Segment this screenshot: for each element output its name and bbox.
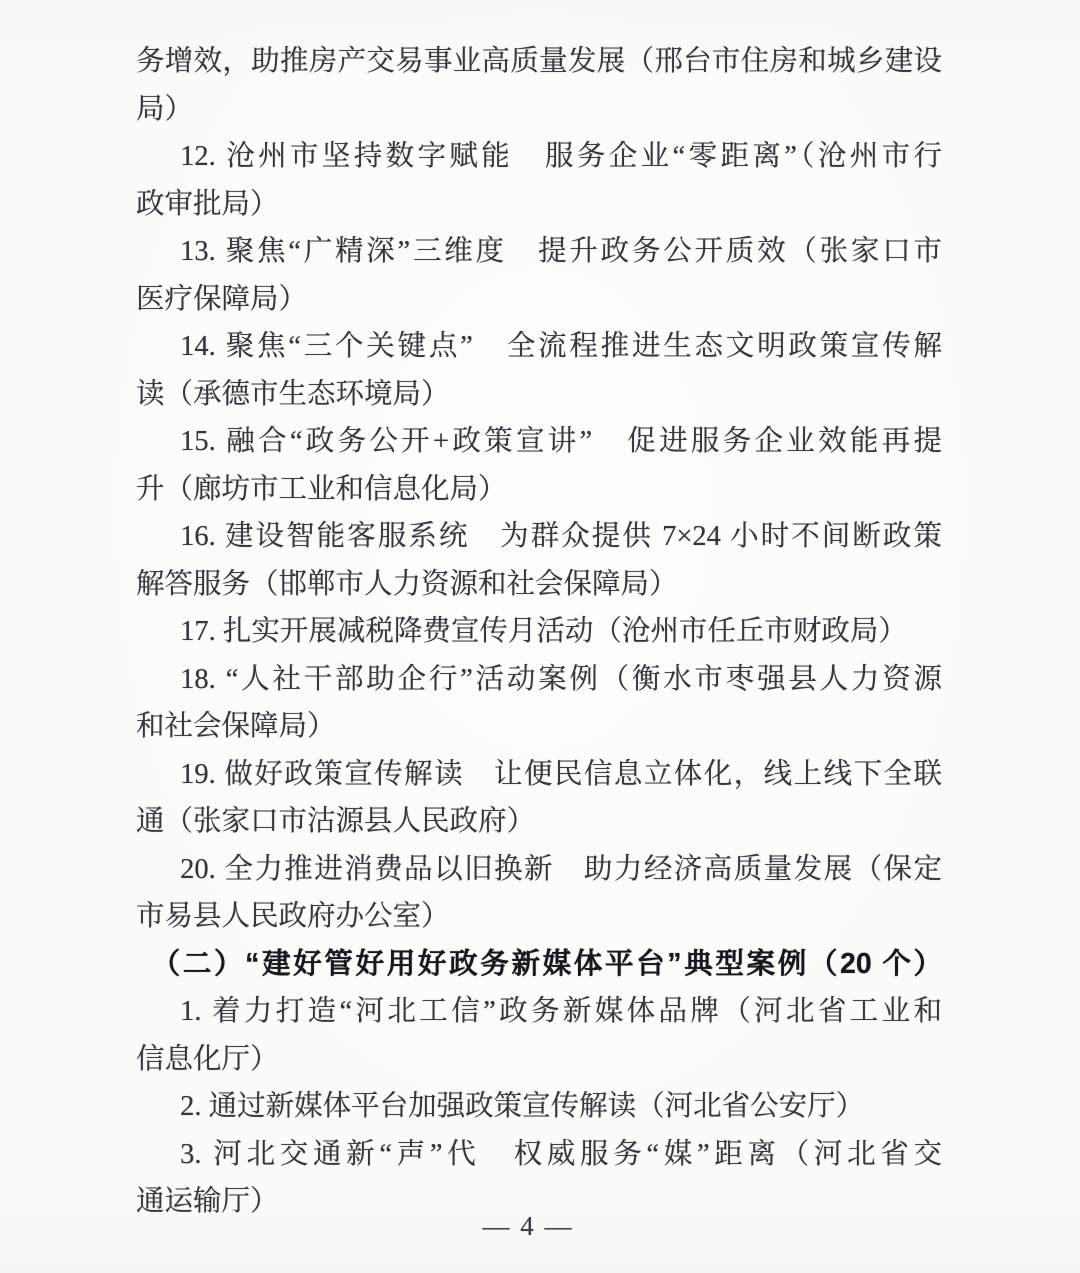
- text-line: 3. 河北交通新“声”代 权威服务“媒”距离（河北省交: [136, 1131, 942, 1179]
- text-line: 升（廊坊市工业和信息化局）: [136, 466, 942, 514]
- text-line: 18. “人社干部助企行”活动案例（衡水市枣强县人力资源: [136, 656, 942, 704]
- list-item-13: 13. 聚焦“广精深”三维度 提升政务公开质效（张家口市 医疗保障局）: [136, 228, 942, 323]
- text-line: 务增效，助推房产交易事业高质量发展（邢台市住房和城乡建设: [136, 38, 942, 86]
- list-item-20: 20. 全力推进消费品以旧换新 助力经济高质量发展（保定 市易县人民政府办公室）: [136, 846, 942, 941]
- list-item-18: 18. “人社干部助企行”活动案例（衡水市枣强县人力资源 和社会保障局）: [136, 656, 942, 751]
- text-line: 16. 建设智能客服系统 为群众提供 7×24 小时不间断政策: [136, 513, 942, 561]
- text-line: 通（张家口市沽源县人民政府）: [136, 798, 942, 846]
- text-line: 局）: [136, 86, 942, 134]
- text-line: 12. 沧州市坚持数字赋能 服务企业“零距离”（沧州市行: [136, 133, 942, 181]
- text-line: 医疗保障局）: [136, 276, 942, 324]
- list-item-s2-1: 1. 着力打造“河北工信”政务新媒体品牌（河北省工业和 信息化厅）: [136, 988, 942, 1083]
- text-line: 和社会保障局）: [136, 703, 942, 751]
- text-line: 20. 全力推进消费品以旧换新 助力经济高质量发展（保定: [136, 846, 942, 894]
- document-page: 务增效，助推房产交易事业高质量发展（邢台市住房和城乡建设 局） 12. 沧州市坚…: [0, 0, 1080, 1273]
- text-line: 14. 聚焦“三个关键点” 全流程推进生态文明政策宣传解: [136, 323, 942, 371]
- paragraph-continuation: 务增效，助推房产交易事业高质量发展（邢台市住房和城乡建设 局）: [136, 38, 942, 133]
- text-line: 13. 聚焦“广精深”三维度 提升政务公开质效（张家口市: [136, 228, 942, 276]
- text-line: （二）“建好管好用好政务新媒体平台”典型案例（20 个）: [136, 941, 942, 989]
- text-line: 市易县人民政府办公室）: [136, 893, 942, 941]
- list-item-12: 12. 沧州市坚持数字赋能 服务企业“零距离”（沧州市行 政审批局）: [136, 133, 942, 228]
- text-line: 1. 着力打造“河北工信”政务新媒体品牌（河北省工业和: [136, 988, 942, 1036]
- list-item-15: 15. 融合“政务公开+政策宣讲” 促进服务企业效能再提 升（廊坊市工业和信息化…: [136, 418, 942, 513]
- text-line: 17. 扎实开展减税降费宣传月活动（沧州市任丘市财政局）: [136, 608, 942, 656]
- section-heading-2: （二）“建好管好用好政务新媒体平台”典型案例（20 个）: [136, 941, 942, 989]
- text-line: 信息化厅）: [136, 1036, 942, 1084]
- text-line: 读（承德市生态环境局）: [136, 371, 942, 419]
- text-line: 19. 做好政策宣传解读 让便民信息立体化，线上线下全联: [136, 751, 942, 799]
- list-item-19: 19. 做好政策宣传解读 让便民信息立体化，线上线下全联 通（张家口市沽源县人民…: [136, 751, 942, 846]
- list-item-s2-2: 2. 通过新媒体平台加强政策宣传解读（河北省公安厅）: [136, 1083, 942, 1131]
- list-item-14: 14. 聚焦“三个关键点” 全流程推进生态文明政策宣传解 读（承德市生态环境局）: [136, 323, 942, 418]
- text-line: 15. 融合“政务公开+政策宣讲” 促进服务企业效能再提: [136, 418, 942, 466]
- text-line: 2. 通过新媒体平台加强政策宣传解读（河北省公安厅）: [136, 1083, 942, 1131]
- text-line: 政审批局）: [136, 181, 942, 229]
- text-line: 解答服务（邯郸市人力资源和社会保障局）: [136, 561, 942, 609]
- list-item-17: 17. 扎实开展减税降费宣传月活动（沧州市任丘市财政局）: [136, 608, 942, 656]
- page-number: — 4 —: [0, 1204, 1056, 1248]
- document-body: 务增效，助推房产交易事业高质量发展（邢台市住房和城乡建设 局） 12. 沧州市坚…: [0, 0, 1080, 1226]
- list-item-16: 16. 建设智能客服系统 为群众提供 7×24 小时不间断政策 解答服务（邯郸市…: [136, 513, 942, 608]
